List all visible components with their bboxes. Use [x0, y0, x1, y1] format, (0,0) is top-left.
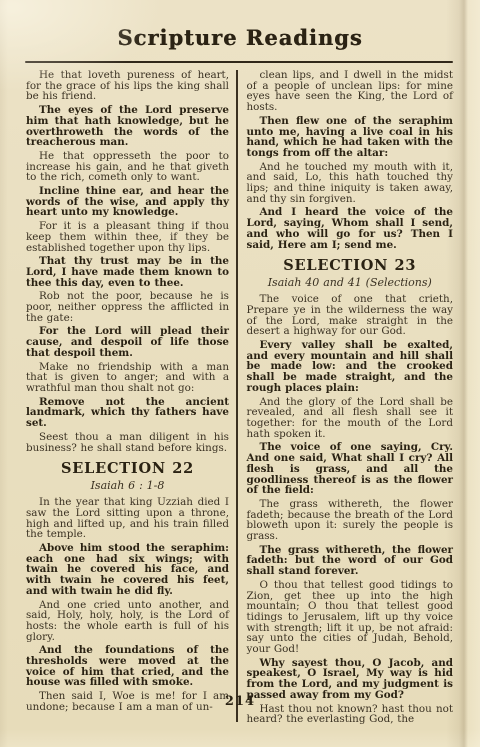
scripture-paragraph: For it is a pleasant thing if thou keep …	[26, 221, 229, 253]
column-divider	[236, 70, 238, 722]
scripture-paragraph: In the year that king Uzziah died I saw …	[26, 497, 229, 540]
scripture-paragraph: Make no friendship with a man that is gi…	[26, 362, 229, 394]
scripture-paragraph: The grass withereth, the flower fadeth; …	[247, 499, 454, 542]
scripture-paragraph: Every valley shall be exalted, and every…	[247, 340, 454, 394]
scripture-paragraph: Then flew one of the seraphim unto me, h…	[247, 116, 454, 159]
book-page: Scripture Readings He that loveth purene…	[0, 0, 480, 747]
text-columns: He that loveth pureness of heart, for th…	[26, 63, 453, 728]
scripture-paragraph: He that loveth pureness of heart, for th…	[26, 70, 229, 102]
selection-reference: Isaiah 40 and 41 (Selections)	[247, 277, 454, 289]
scripture-paragraph: And he touched my mouth with it, and sai…	[247, 162, 454, 205]
scripture-paragraph: He that oppresseth the poor to increase …	[26, 151, 229, 183]
page-title: Scripture Readings	[0, 0, 480, 50]
scripture-paragraph: And the glory of the Lord shall be revea…	[247, 397, 454, 440]
scripture-paragraph: The eyes of the Lord preserve him that h…	[26, 105, 229, 148]
selection-reference: Isaiah 6 : 1-8	[26, 480, 229, 492]
scripture-paragraph: The grass withereth, the flower fadeth: …	[247, 545, 454, 577]
scripture-paragraph: And one cried unto another, and said, Ho…	[26, 600, 229, 643]
page-number: 214	[0, 694, 480, 709]
scripture-paragraph: O thou that tellest good tidings to Zion…	[247, 580, 454, 655]
scripture-paragraph: Remove not the ancient landmark, which t…	[26, 397, 229, 429]
scripture-paragraph: The voice of one that crieth, Prepare ye…	[247, 294, 454, 337]
scripture-paragraph: That thy trust may be in the Lord, I hav…	[26, 256, 229, 288]
scripture-paragraph: For the Lord will plead their cause, and…	[26, 326, 229, 358]
scripture-paragraph: And the foundations of the thresholds we…	[26, 645, 229, 688]
right-column: clean lips, and I dwell in the midst of …	[247, 70, 454, 728]
scripture-paragraph: Above him stood the seraphim: each one h…	[26, 543, 229, 597]
scripture-paragraph: Seest thou a man diligent in his busines…	[26, 432, 229, 453]
scripture-paragraph: clean lips, and I dwell in the midst of …	[247, 70, 454, 113]
left-column: He that loveth pureness of heart, for th…	[26, 70, 229, 728]
scripture-paragraph: And I heard the voice of the Lord, sayin…	[247, 207, 454, 250]
scripture-paragraph: The voice of one saying, Cry. And one sa…	[247, 442, 454, 496]
selection-heading: SELECTION 22	[26, 461, 229, 476]
selection-heading: SELECTION 23	[247, 258, 454, 273]
scripture-paragraph: Rob not the poor, because he is poor, ne…	[26, 291, 229, 323]
scripture-paragraph: Incline thine ear, and hear the words of…	[26, 186, 229, 218]
